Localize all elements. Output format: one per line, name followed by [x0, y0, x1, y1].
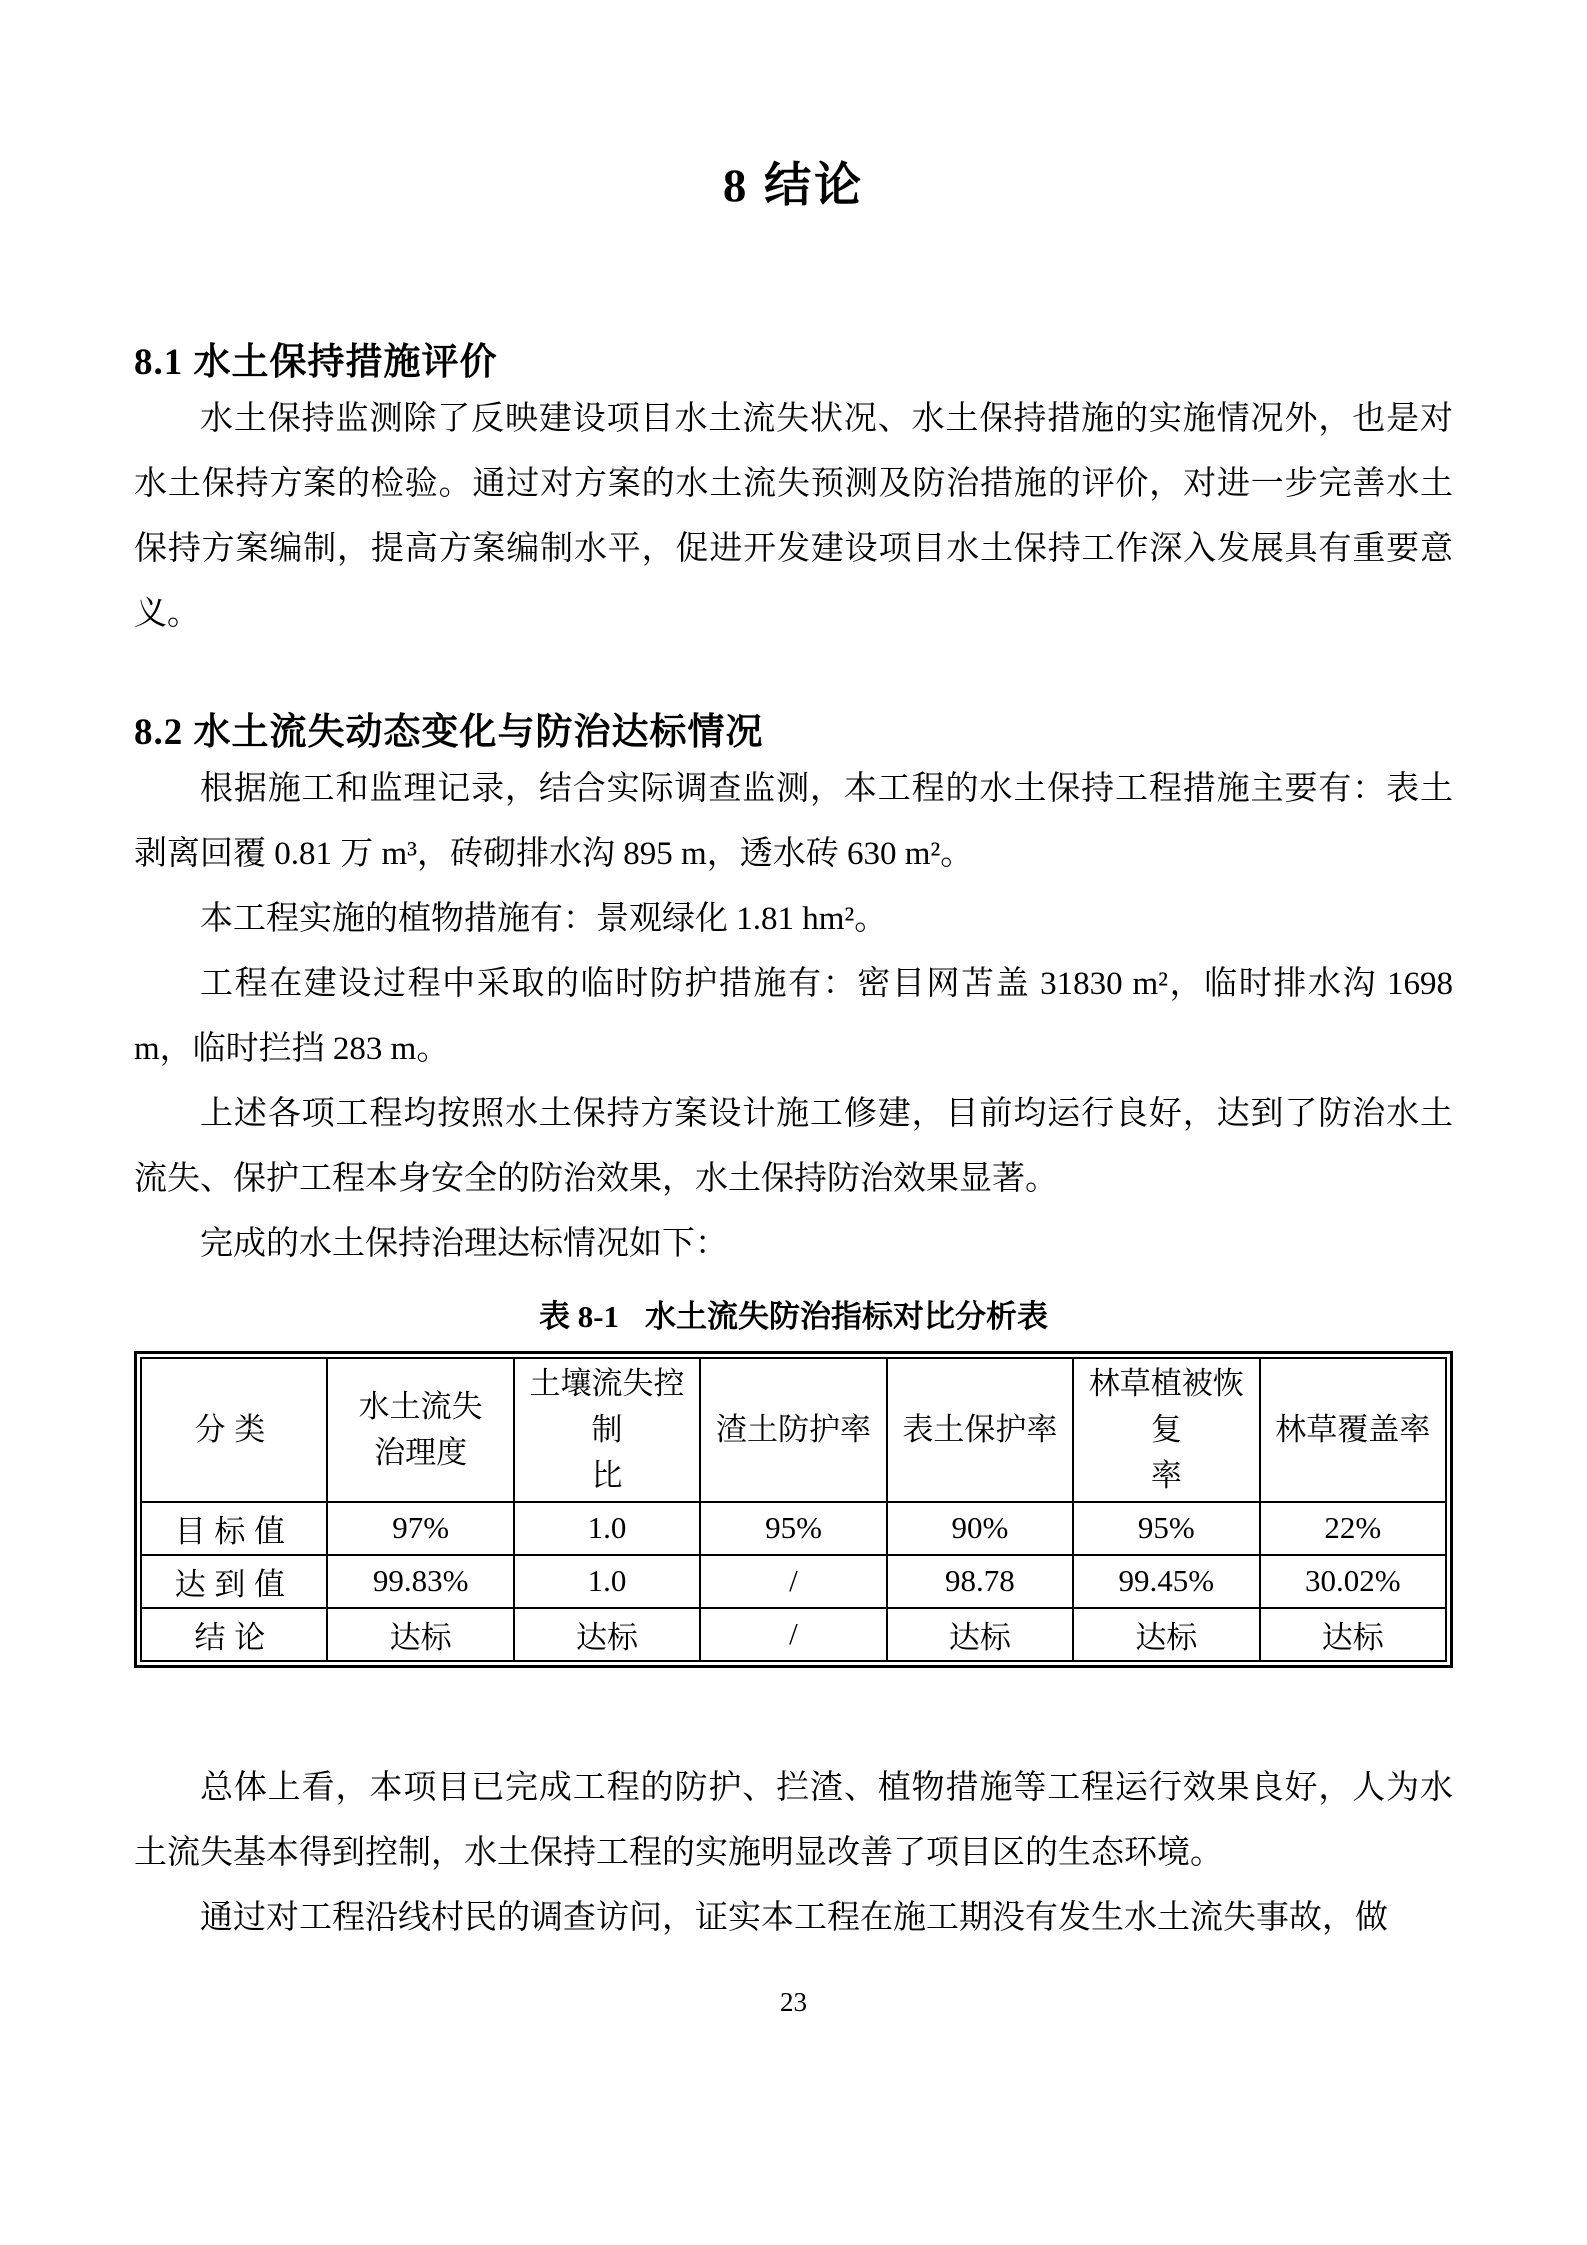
table-cell: 目标值 — [141, 1502, 327, 1555]
table-header-cell: 林草覆盖率 — [1260, 1358, 1446, 1502]
paragraph-8-1: 水土保持监测除了反映建设项目水土流失状况、水土保持措施的实施情况外，也是对水土保… — [134, 387, 1453, 647]
table-header-cell: 分类 — [141, 1358, 327, 1502]
indicator-table: 分类 水土流失 治理度 土壤流失控制 比 渣土防护率 表土保护率 林草植被恢复 … — [140, 1357, 1447, 1662]
table-cell: 97% — [327, 1502, 513, 1555]
table-cell: 95% — [700, 1502, 886, 1555]
table-caption-label: 表 8-1 — [539, 1299, 619, 1334]
table-row-conclusion: 结论 达标 达标 / 达标 达标 达标 — [141, 1608, 1446, 1661]
table-cell: 达标 — [514, 1608, 700, 1661]
paragraph-closing-1: 总体上看，本项目已完成工程的防护、拦渣、植物措施等工程运行效果良好，人为水土流失… — [134, 1756, 1453, 1886]
table-header-cell: 渣土防护率 — [700, 1358, 886, 1502]
paragraph-8-2-1: 根据施工和监理记录，结合实际调查监测，本工程的水土保持工程措施主要有：表土剥离回… — [134, 757, 1453, 887]
table-cell: 1.0 — [514, 1502, 700, 1555]
table-cell: 达到值 — [141, 1555, 327, 1608]
paragraph-8-2-3: 工程在建设过程中采取的临时防护措施有：密目网苫盖 31830 m²，临时排水沟 … — [134, 952, 1453, 1082]
chapter-title: 8 结论 — [134, 0, 1453, 217]
table-header-cell: 林草植被恢复 率 — [1073, 1358, 1259, 1502]
table-header-cell: 水土流失 治理度 — [327, 1358, 513, 1502]
section-heading-8-1: 8.1 水土保持措施评价 — [134, 339, 1453, 387]
paragraph-8-2-4: 上述各项工程均按照水土保持方案设计施工修建，目前均运行良好，达到了防治水土流失、… — [134, 1082, 1453, 1212]
table-cell: 1.0 — [514, 1555, 700, 1608]
table-cell: 99.83% — [327, 1555, 513, 1608]
paragraph-8-2-5: 完成的水土保持治理达标情况如下： — [134, 1212, 1453, 1277]
table-caption: 表 8-1水土流失防治指标对比分析表 — [134, 1295, 1453, 1338]
table-row-target: 目标值 97% 1.0 95% 90% 95% 22% — [141, 1502, 1446, 1555]
table-row-achieved: 达到值 99.83% 1.0 / 98.78 99.45% 30.02% — [141, 1555, 1446, 1608]
table-header-cell: 表土保护率 — [887, 1358, 1073, 1502]
closing-paragraphs: 总体上看，本项目已完成工程的防护、拦渣、植物措施等工程运行效果良好，人为水土流失… — [134, 1756, 1453, 1951]
paragraph-8-2-2: 本工程实施的植物措施有：景观绿化 1.81 hm²。 — [134, 887, 1453, 952]
table-header-cell: 土壤流失控制 比 — [514, 1358, 700, 1502]
table-header-row: 分类 水土流失 治理度 土壤流失控制 比 渣土防护率 表土保护率 林草植被恢复 … — [141, 1358, 1446, 1502]
table-caption-title: 水土流失防治指标对比分析表 — [645, 1299, 1048, 1334]
table-cell: 达标 — [887, 1608, 1073, 1661]
table-cell: 22% — [1260, 1502, 1446, 1555]
table-cell: 30.02% — [1260, 1555, 1446, 1608]
page-number: 23 — [134, 1987, 1453, 2018]
table-cell: 达标 — [327, 1608, 513, 1661]
page-content: 8 结论 8.1 水土保持措施评价 水土保持监测除了反映建设项目水土流失状况、水… — [0, 0, 1587, 2018]
table-cell: 90% — [887, 1502, 1073, 1555]
section-heading-8-2: 8.2 水土流失动态变化与防治达标情况 — [134, 709, 1453, 757]
table-cell: / — [700, 1608, 886, 1661]
table-cell: 结论 — [141, 1608, 327, 1661]
paragraph-closing-2: 通过对工程沿线村民的调查访问，证实本工程在施工期没有发生水土流失事故，做 — [134, 1886, 1453, 1951]
document-page: 8 结论 8.1 水土保持措施评价 水土保持监测除了反映建设项目水土流失状况、水… — [0, 0, 1587, 2245]
table-cell: 达标 — [1260, 1608, 1446, 1661]
table-cell: / — [700, 1555, 886, 1608]
indicator-table-border: 分类 水土流失 治理度 土壤流失控制 比 渣土防护率 表土保护率 林草植被恢复 … — [134, 1351, 1453, 1668]
table-cell: 98.78 — [887, 1555, 1073, 1608]
table-cell: 95% — [1073, 1502, 1259, 1555]
table-cell: 99.45% — [1073, 1555, 1259, 1608]
table-cell: 达标 — [1073, 1608, 1259, 1661]
